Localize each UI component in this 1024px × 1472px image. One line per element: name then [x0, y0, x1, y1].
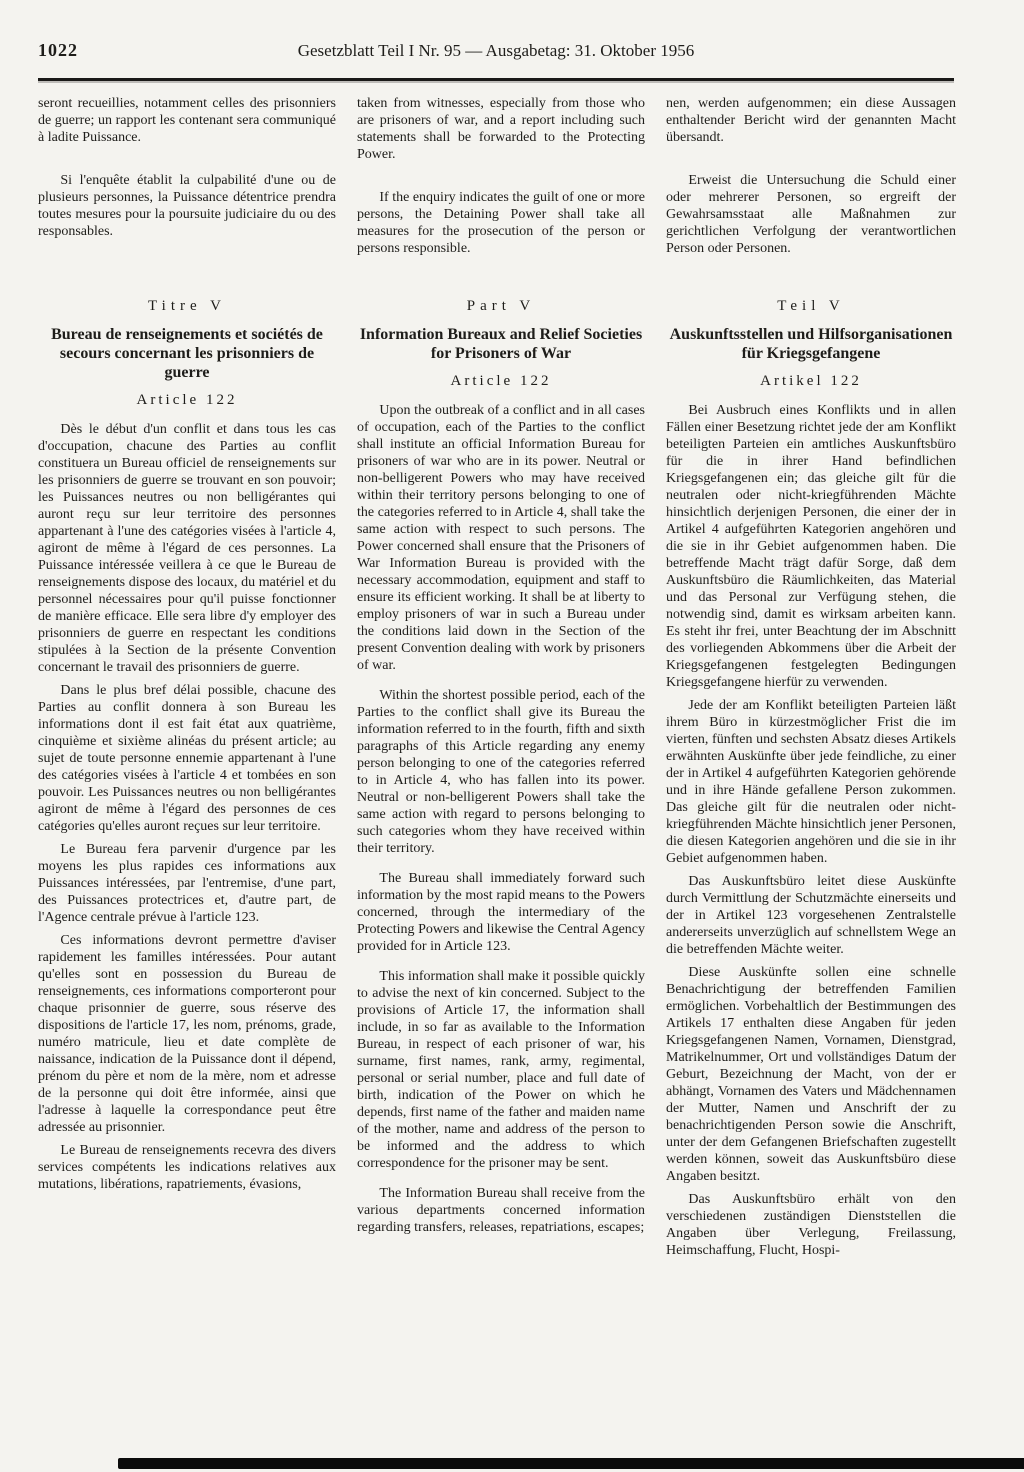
- paragraph: Diese Auskünfte sollen eine schnelle Ben…: [666, 964, 956, 1185]
- intro-continuation-german: nen, werden aufgenommen; ein diese Aussa…: [666, 95, 956, 298]
- paragraph: Within the shortest possible period, eac…: [357, 687, 645, 857]
- paragraph: Ces informations devront permettre d'avi…: [38, 932, 336, 1136]
- paragraph: Jede der am Konflikt beteiligten Parteie…: [666, 697, 956, 867]
- intro-continuation-french: seront recueillies, notamment celles des…: [38, 95, 336, 298]
- header-rule: [38, 78, 954, 81]
- paragraph: The Bureau shall immediately forward suc…: [357, 870, 645, 955]
- header-title: Gesetzblatt Teil I Nr. 95 — Ausgabetag: …: [38, 41, 954, 61]
- article-heading-french: Article 122: [38, 392, 336, 409]
- paragraph: Das Auskunftsbüro erhält von den verschi…: [666, 1191, 956, 1259]
- part-heading-german: Teil V: [666, 298, 956, 315]
- paragraph: This information shall make it possible …: [357, 968, 645, 1172]
- part-heading-english: Part V: [357, 298, 645, 315]
- paragraph: Bei Ausbruch eines Konflikts und in alle…: [666, 402, 956, 691]
- paragraph: Dès le début d'un conflit et dans tous l…: [38, 421, 336, 676]
- paragraph: The Information Bureau shall receive fro…: [357, 1185, 645, 1236]
- paragraph: seront recueillies, notamment celles des…: [38, 95, 336, 146]
- column-french: seront recueillies, notamment celles des…: [38, 95, 336, 1265]
- paragraph: Upon the outbreak of a conflict and in a…: [357, 402, 645, 674]
- paragraph: Das Auskunftsbüro leitet diese Auskünfte…: [666, 873, 956, 958]
- intro-continuation-english: taken from witnesses, especially from th…: [357, 95, 645, 298]
- paragraph: Dans le plus bref délai possible, chacun…: [38, 682, 336, 835]
- article-heading-german: Artikel 122: [666, 373, 956, 390]
- gazette-page: 1022 Gesetzblatt Teil I Nr. 95 — Ausgabe…: [0, 0, 1024, 1472]
- column-german: nen, werden aufgenommen; ein diese Aussa…: [666, 95, 956, 1265]
- article-heading-english: Article 122: [357, 373, 645, 390]
- three-column-text: seront recueillies, notamment celles des…: [38, 95, 954, 1265]
- part-title-english: Information Bureaux and Relief Societies…: [357, 325, 645, 363]
- page-header: 1022 Gesetzblatt Teil I Nr. 95 — Ausgabe…: [38, 40, 954, 66]
- part-title-german: Auskunftsstellen und Hilfsorganisationen…: [666, 325, 956, 363]
- paragraph: Erweist die Untersuchung die Schuld eine…: [666, 172, 956, 257]
- column-english: taken from witnesses, especially from th…: [357, 95, 645, 1265]
- paragraph: Le Bureau de renseignements recevra des …: [38, 1142, 336, 1193]
- paragraph: nen, werden aufgenommen; ein diese Aussa…: [666, 95, 956, 146]
- paragraph: Si l'enquête établit la culpabilité d'un…: [38, 172, 336, 240]
- paragraph: taken from witnesses, especially from th…: [357, 95, 645, 163]
- paragraph: Le Bureau fera parvenir d'urgence par le…: [38, 841, 336, 926]
- part-title-french: Bureau de renseignements et sociétés de …: [38, 325, 336, 382]
- part-heading-french: Titre V: [38, 298, 336, 315]
- paragraph: If the enquiry indicates the guilt of on…: [357, 189, 645, 257]
- scan-artifact-bar: [118, 1458, 1024, 1469]
